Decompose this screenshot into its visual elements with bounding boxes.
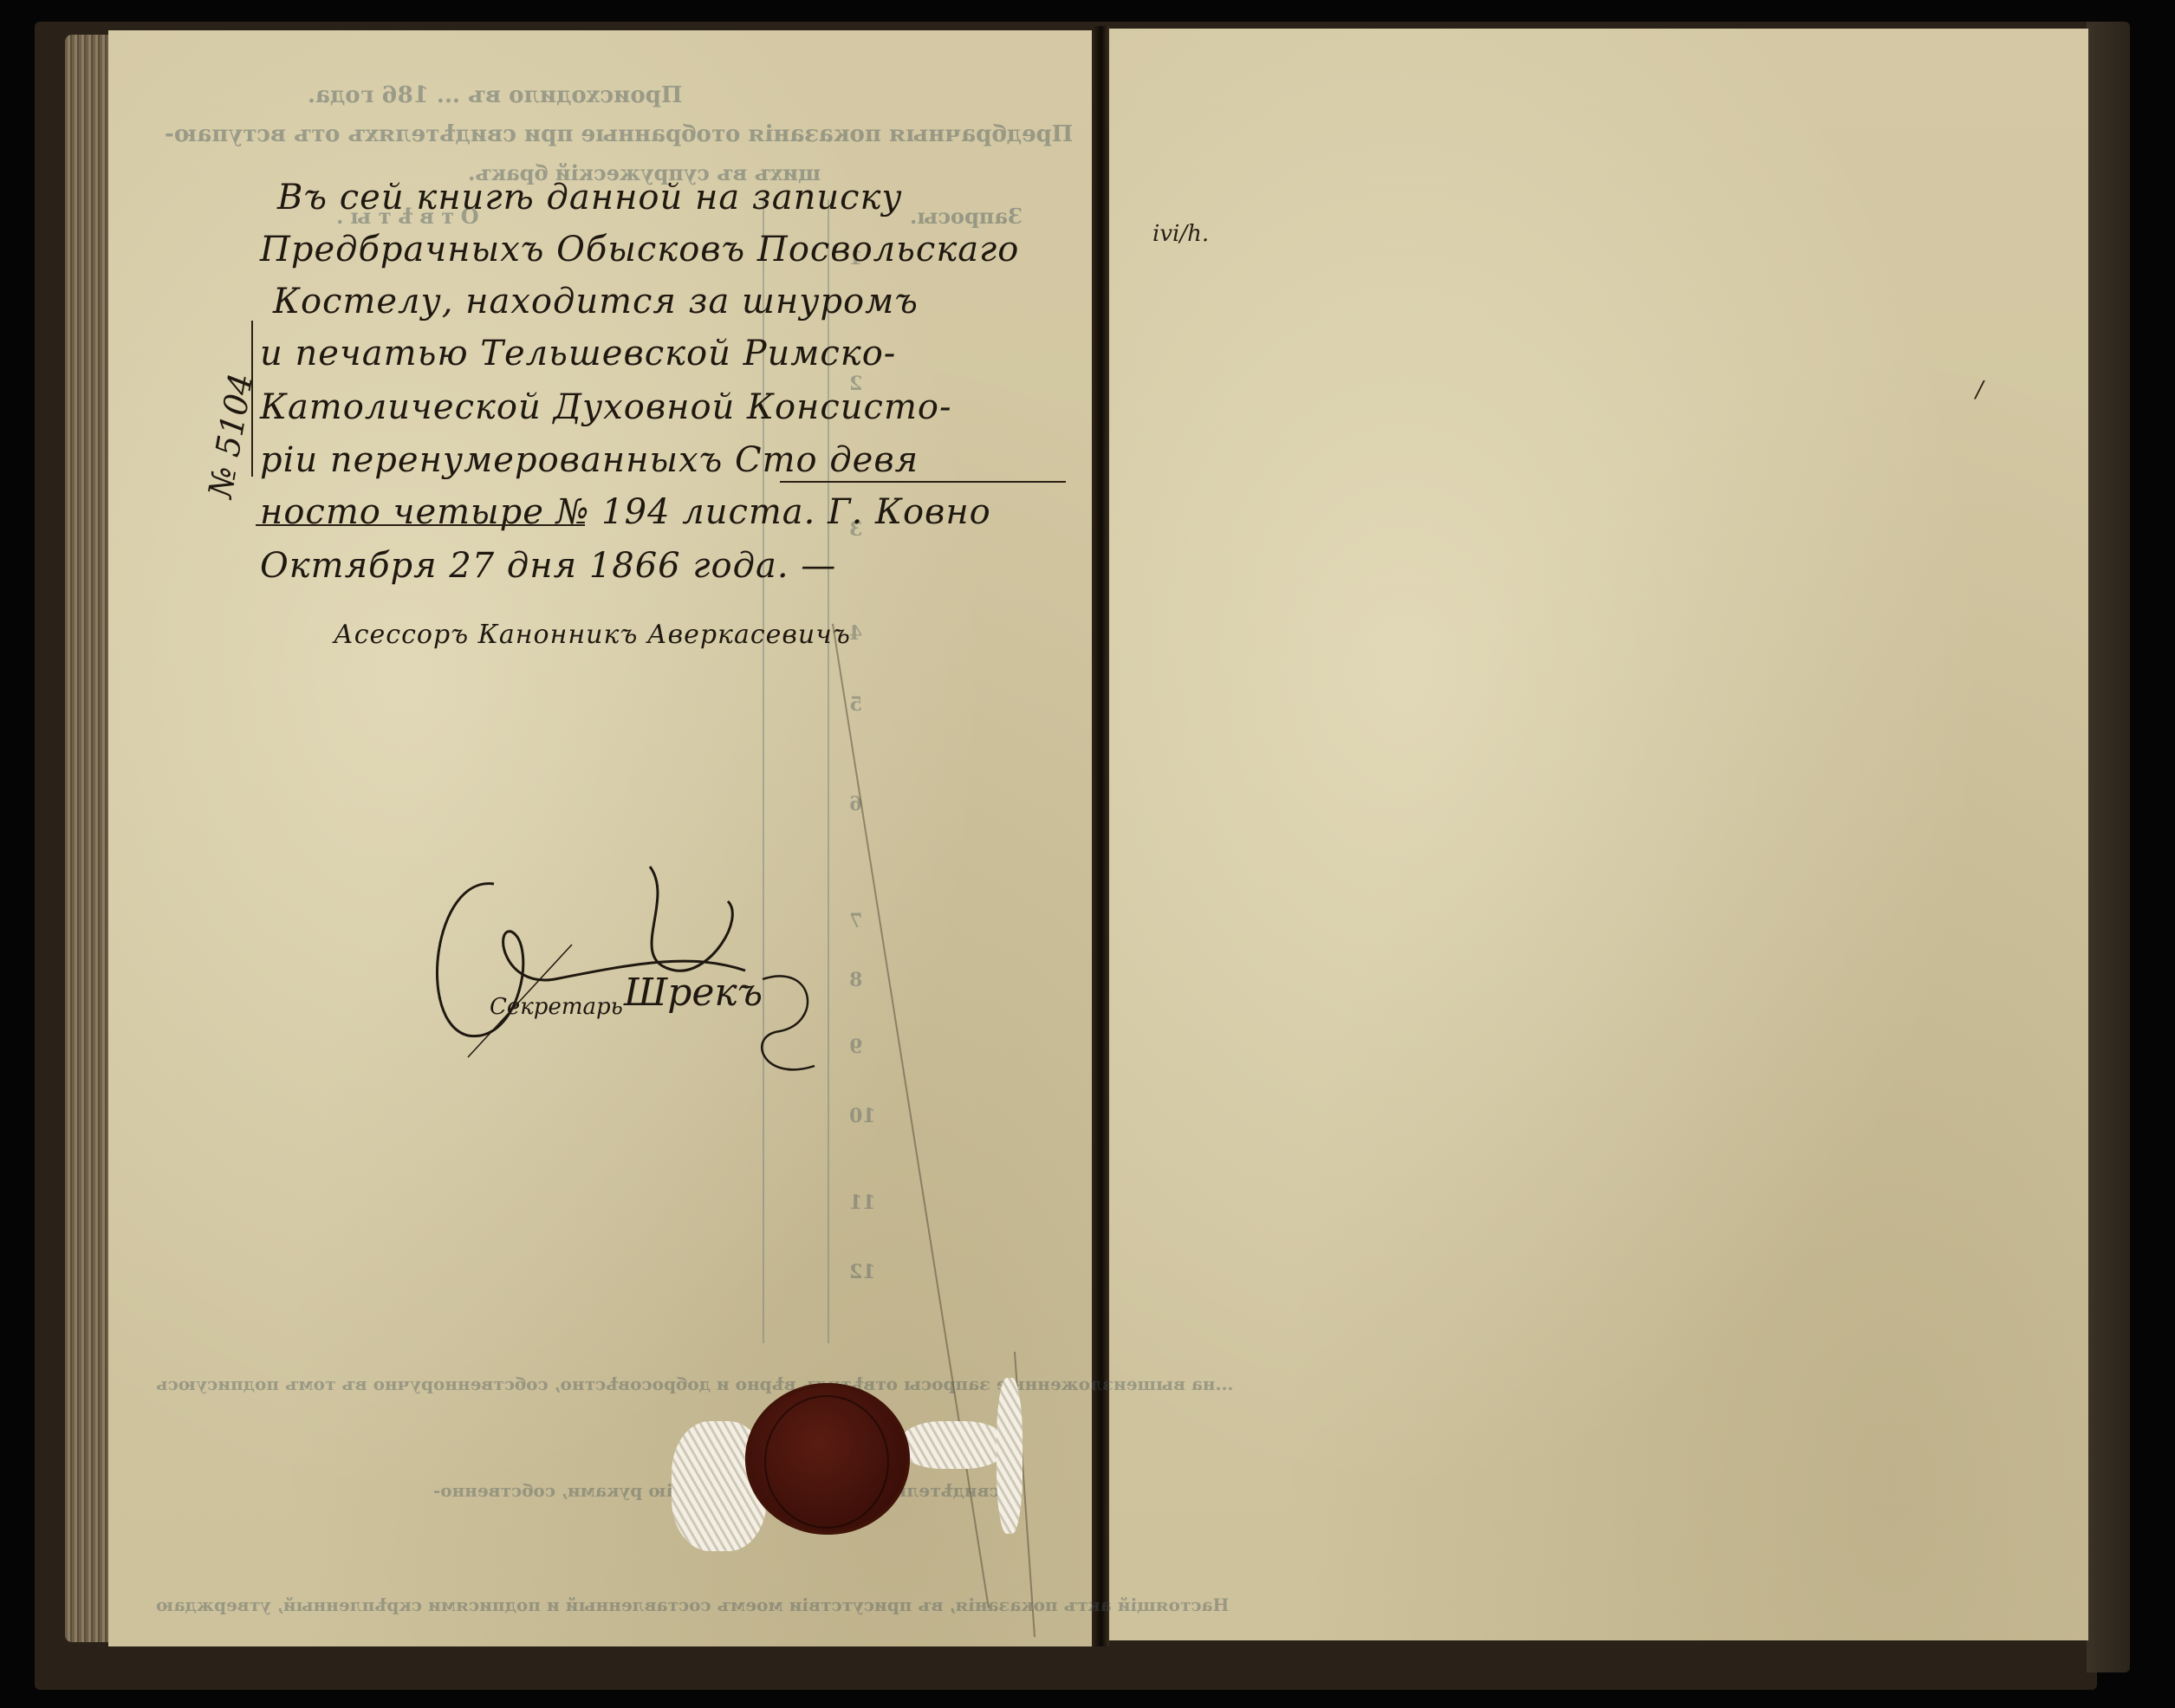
bleed-question-4: 4 [849,622,862,645]
bleed-footer-line-1: ...на вышеизложенные запросы отвѣтилъ вѣ… [156,1374,1233,1394]
bleed-question-12: 12 [849,1261,876,1283]
official-line: Асессоръ Канонникъ Аверкасевичъ [334,620,851,650]
bleed-question-5: 5 [849,693,862,716]
right-page [1109,29,2088,1640]
seal-cord-right [901,1421,1005,1469]
certification-line-1: Въ сей книгѣ данной на записку [277,178,903,218]
certification-line-8: Октября 27 дня 1866 года. — [260,546,836,586]
certification-line-6: ріи перенумерованныхъ Сто девя [260,440,919,480]
back-cover-edge [2087,22,2130,1672]
margin-rule [251,321,253,477]
right-page-mark-1: ivi/h. [1152,221,1209,247]
bleed-column-header-questions: Запросы. [910,204,1023,229]
bleed-header-line-2: Предбрачныя показанія отобранные при сви… [165,121,1073,147]
signature-name: Шрекъ [624,971,763,1015]
book-gutter [1094,26,1109,1646]
left-page [108,30,1092,1646]
certification-line-5: Католической Духовной Консисто- [260,387,951,427]
bleed-question-10: 10 [849,1105,876,1127]
bleed-footer-line-3: Настоящій актъ показанія, въ присутствіи… [156,1594,1229,1615]
underline-sto-devya [780,481,1066,483]
signature-label: Секретарь [490,994,623,1020]
wax-seal [745,1383,910,1535]
right-page-mark-2: / [1976,377,1983,403]
certification-line-3: Костелу, находится за шнуромъ [273,282,919,321]
seal-cord-tail [997,1378,1023,1534]
wax-seal-impression [764,1395,889,1529]
certification-line-2: Предбрачныхъ Обысковъ Посвольскаго [260,230,1019,270]
certification-line-7: носто четыре № 194 листа. Г. Ковно [260,492,991,532]
certification-line-4: и печатью Тельшевской Римско- [260,334,896,373]
bleed-question-11: 11 [849,1192,876,1214]
bleed-header-line-1: Происходило въ ... 186 года. [308,82,682,108]
underline-nosto-chetyre [256,524,585,526]
